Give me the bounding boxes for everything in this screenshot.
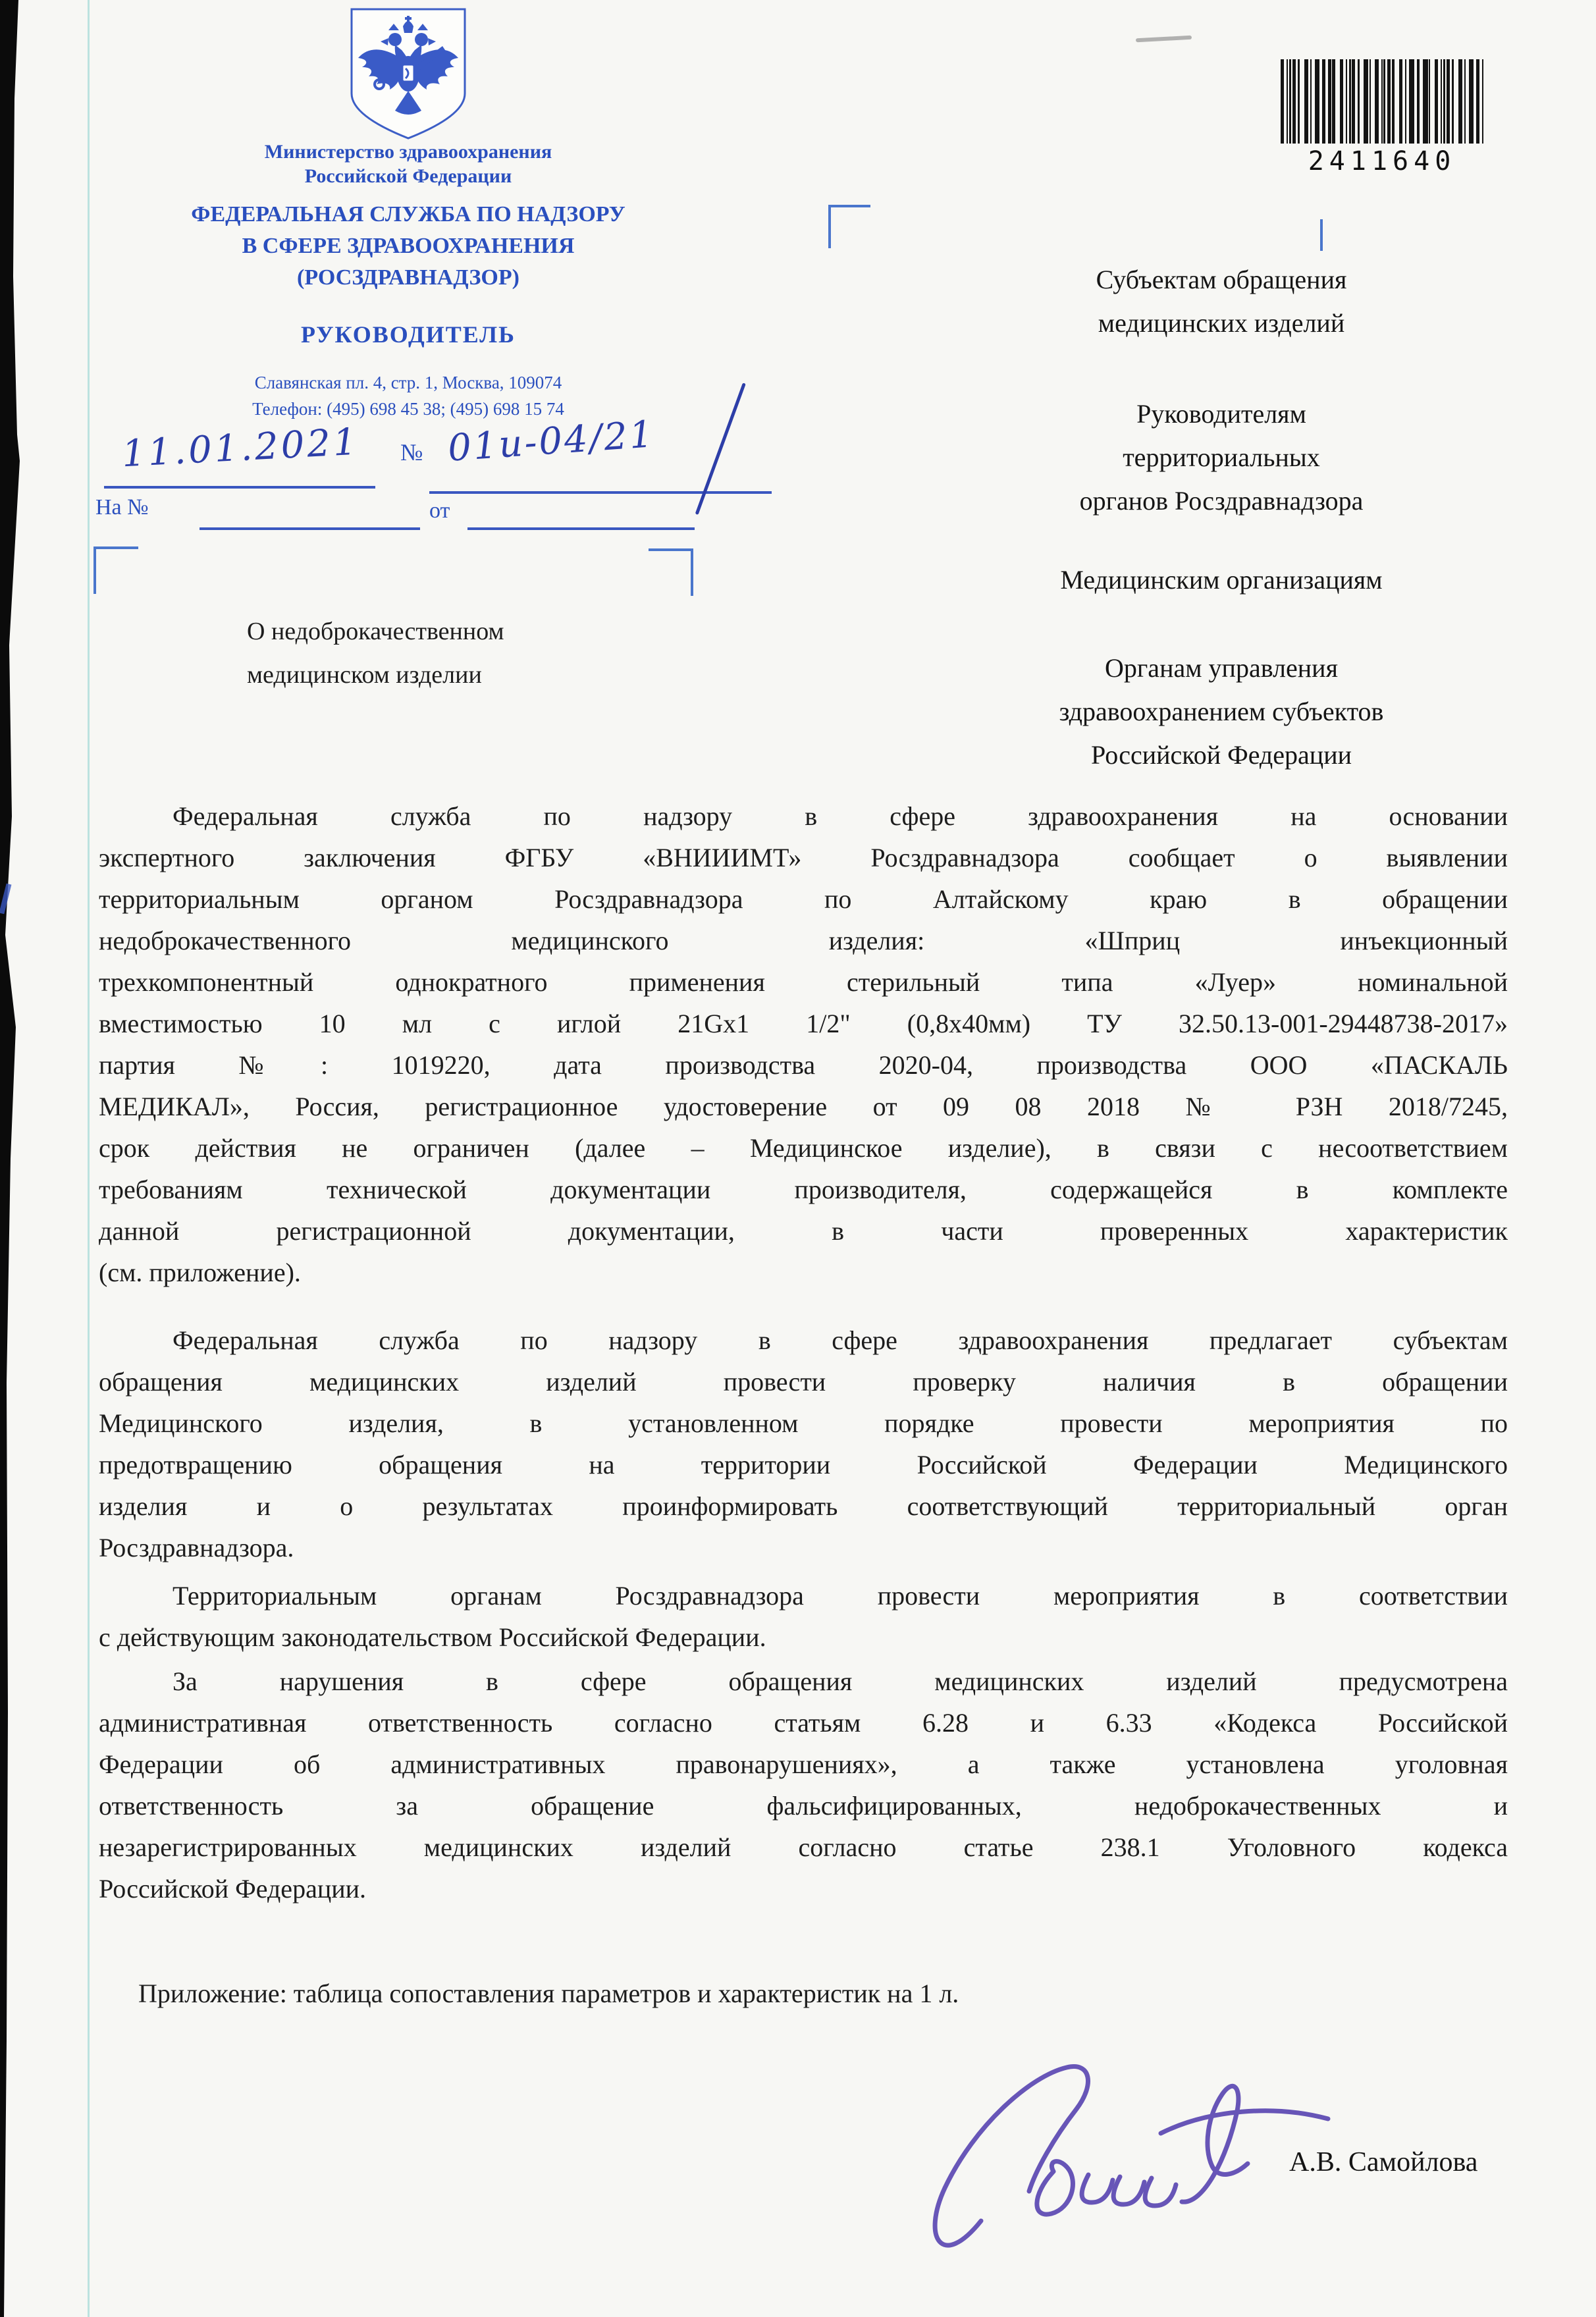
recipient-line: Российской Федерации	[968, 733, 1475, 777]
recipient-line: Органам управления	[968, 647, 1475, 690]
recipient-line: здравоохранением субъектов	[968, 690, 1475, 733]
ot-label: от	[429, 498, 450, 523]
recipient-group: Медицинским организациям	[968, 558, 1475, 602]
body-line: Федеральная служба по надзору в сфере зд…	[99, 1319, 1508, 1361]
position-title: РУКОВОДИТЕЛЬ	[145, 321, 672, 348]
subject-line2: медицинском изделии	[247, 653, 589, 697]
body-line: Медицинского изделия, в установленном по…	[99, 1402, 1508, 1444]
service-line1: ФЕДЕРАЛЬНАЯ СЛУЖБА ПО НАДЗОРУ	[145, 199, 672, 230]
body-line: МЕДИКАЛ», Россия, регистрационное удосто…	[99, 1086, 1508, 1127]
recipient-group: Руководителямтерриториальныхорганов Росз…	[968, 392, 1475, 523]
handwritten-number: 01и-04/21	[446, 413, 656, 470]
letterhead-address: Славянская пл. 4, стр. 1, Москва, 109074	[145, 373, 672, 393]
recipient-line: органов Росздравнадзора	[968, 479, 1475, 523]
body-line: изделия и о результатах проинформировать…	[99, 1485, 1508, 1527]
corner-bracket-right	[691, 548, 693, 596]
corner-bracket-right	[649, 548, 693, 551]
scan-line-artifact	[88, 0, 90, 2317]
barcode-digits: 2411640	[1281, 146, 1483, 176]
service-name: ФЕДЕРАЛЬНАЯ СЛУЖБА ПО НАДЗОРУ В СФЕРЕ ЗД…	[145, 199, 672, 294]
body-line: административная ответственность согласн…	[99, 1702, 1508, 1744]
body-line: трехкомпонентный однократного применения…	[99, 961, 1508, 1003]
corner-bracket-left	[93, 546, 138, 549]
na-no-label: На №	[95, 495, 149, 520]
body-line: с действующим законодательством Российск…	[99, 1616, 1508, 1658]
body-line: требованиям технической документации про…	[99, 1169, 1508, 1210]
coat-of-arms-icon	[342, 5, 474, 142]
ministry-line1: Министерство здравоохранения	[145, 140, 672, 164]
letterhead-phone: Телефон: (495) 698 45 38; (495) 698 15 7…	[145, 399, 672, 419]
recipient-line: медицинских изделий	[968, 302, 1475, 345]
body-line: экспертного заключения ФГБУ «ВНИИИМТ» Ро…	[99, 837, 1508, 878]
attachment-line: Приложение: таблица сопоставления параме…	[99, 1978, 1508, 2009]
handwritten-slash-stroke	[695, 383, 746, 515]
body-paragraph: Федеральная служба по надзору в сфере зд…	[99, 795, 1508, 1293]
number-sign: №	[400, 439, 423, 466]
scan-dash-artifact	[1136, 36, 1192, 42]
body-paragraph: Территориальным органам Росздравнадзора …	[99, 1575, 1508, 1658]
subject-line: О недоброкачественном медицинском издели…	[247, 610, 589, 697]
scan-edge-artifact	[0, 0, 22, 2317]
body-line: партия №: 1019220, дата производства 202…	[99, 1044, 1508, 1086]
body-line: предотвращению обращения на территории Р…	[99, 1444, 1508, 1485]
scanned-letter-page: Министерство здравоохранения Российской …	[0, 0, 1596, 2317]
recipient-line: Субъектам обращения	[968, 258, 1475, 302]
corner-tick-right	[1320, 219, 1323, 251]
service-line3: (РОСЗДРАВНАДЗОР)	[145, 262, 672, 294]
body-line: Росздравнадзора.	[99, 1527, 1508, 1568]
signer-name: А.В. Самойлова	[1289, 2146, 1477, 2178]
handwritten-date: 11.01.2021	[121, 421, 361, 476]
body-line: срок действия не ограничен (далее – Меди…	[99, 1127, 1508, 1169]
body-line: недоброкачественного медицинского издели…	[99, 920, 1508, 961]
na-no-blank-underline	[199, 527, 420, 530]
body-line: За нарушения в сфере обращения медицинск…	[99, 1661, 1508, 1702]
body-line: Федерации об административных правонаруш…	[99, 1744, 1508, 1785]
recipient-group: Органам управленияздравоохранением субъе…	[968, 647, 1475, 777]
date-underline	[104, 486, 375, 489]
body-paragraph: Федеральная служба по надзору в сфере зд…	[99, 1319, 1508, 1568]
body-paragraph: За нарушения в сфере обращения медицинск…	[99, 1661, 1508, 1909]
recipient-line: Руководителям	[968, 392, 1475, 436]
corner-bracket-top	[828, 205, 870, 207]
recipient-line: территориальных	[968, 436, 1475, 479]
body-line: ответственность за обращение фальсифицир…	[99, 1785, 1508, 1826]
ministry-line2: Российской Федерации	[145, 164, 672, 188]
ot-blank-underline	[467, 527, 695, 530]
body-line: обращения медицинских изделий провести п…	[99, 1361, 1508, 1402]
recipient-line: Медицинским организациям	[968, 558, 1475, 602]
body-line: Территориальным органам Росздравнадзора …	[99, 1575, 1508, 1616]
corner-bracket-top	[828, 205, 831, 248]
body-line: Российской Федерации.	[99, 1868, 1508, 1909]
recipient-group: Субъектам обращениямедицинских изделий	[968, 258, 1475, 345]
body-line: территориальным органом Росздравнадзора …	[99, 878, 1508, 920]
body-line: незарегистрированных медицинских изделий…	[99, 1826, 1508, 1868]
body-line: Федеральная служба по надзору в сфере зд…	[99, 795, 1508, 837]
corner-bracket-left	[93, 546, 96, 594]
signature-icon	[918, 2053, 1340, 2277]
subject-line1: О недоброкачественном	[247, 610, 589, 653]
barcode	[1281, 59, 1483, 144]
body-line: вместимостью 10 мл с иглой 21Gx1 1/2" (0…	[99, 1003, 1508, 1044]
body-line: (см. приложение).	[99, 1252, 1508, 1293]
service-line2: В СФЕРЕ ЗДРАВООХРАНЕНИЯ	[145, 230, 672, 262]
body-line: данной регистрационной документации, в ч…	[99, 1210, 1508, 1252]
ministry-name: Министерство здравоохранения Российской …	[145, 140, 672, 188]
number-underline	[429, 491, 772, 494]
